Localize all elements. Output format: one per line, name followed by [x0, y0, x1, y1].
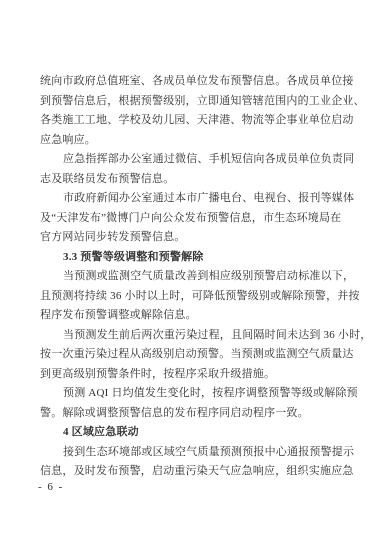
text-line: 应急响应。: [40, 131, 365, 151]
text-line: 按一次重污染过程从高级别启动预警。当预测或监测空气质量达: [40, 345, 365, 365]
text-line: 当预测发生前后两次重污染过程，且间隔时间未达到 36 小时，: [40, 326, 365, 346]
document-text-block: 统向市政府总值班室、各成员单位发布预警信息。各成员单位接到预警信息后，根据预警级…: [40, 72, 365, 482]
text-line: 预测 AQI 日均值发生变化时，按程序调整预警等级或解除预: [40, 384, 365, 404]
text-line: 及“天津发布”微博门户向公众发布预警信息，市生态环境局在: [40, 209, 365, 229]
section-heading: 3.3 预警等级调整和预警解除: [40, 248, 365, 268]
page-number: - 6 -: [38, 481, 64, 493]
text-line: 到预警信息后，根据预警级别，立即通知管辖范围内的工业企业、: [40, 92, 365, 112]
text-line: 接到生态环境部或区域空气质量预测预报中心通报预警提示: [40, 443, 365, 463]
text-line: 到更高级别预警条件时，按程序采取升级措施。: [40, 365, 365, 385]
text-line: 官方网站同步转发预警信息。: [40, 228, 365, 248]
section-heading: 4 区域应急联动: [40, 423, 365, 443]
text-line: 且预测将持续 36 小时以上时，可降低预警级别或解除预警，并按: [40, 287, 365, 307]
text-line: 各类施工工地、学校及幼儿园、天津港、物流等企事业单位启动: [40, 111, 365, 131]
text-line: 警。解除或调整预警信息的发布程序同启动程序一致。: [40, 404, 365, 424]
text-line: 当预测或监测空气质量改善到相应级别预警启动标准以下，: [40, 267, 365, 287]
text-line: 程序发布预警调整或解除信息。: [40, 306, 365, 326]
text-line: 应急指挥部办公室通过微信、手机短信向各成员单位负责同: [40, 150, 365, 170]
text-line: 信息，及时发布预警，启动重污染天气应急响应，组织实施应急: [40, 462, 365, 482]
text-line: 志及联络员发布预警信息。: [40, 170, 365, 190]
text-line: 统向市政府总值班室、各成员单位发布预警信息。各成员单位接: [40, 72, 365, 92]
document-page: 统向市政府总值班室、各成员单位发布预警信息。各成员单位接到预警信息后，根据预警级…: [0, 0, 390, 551]
text-line: 市政府新闻办公室通过本市广播电台、电视台、报刊等媒体: [40, 189, 365, 209]
